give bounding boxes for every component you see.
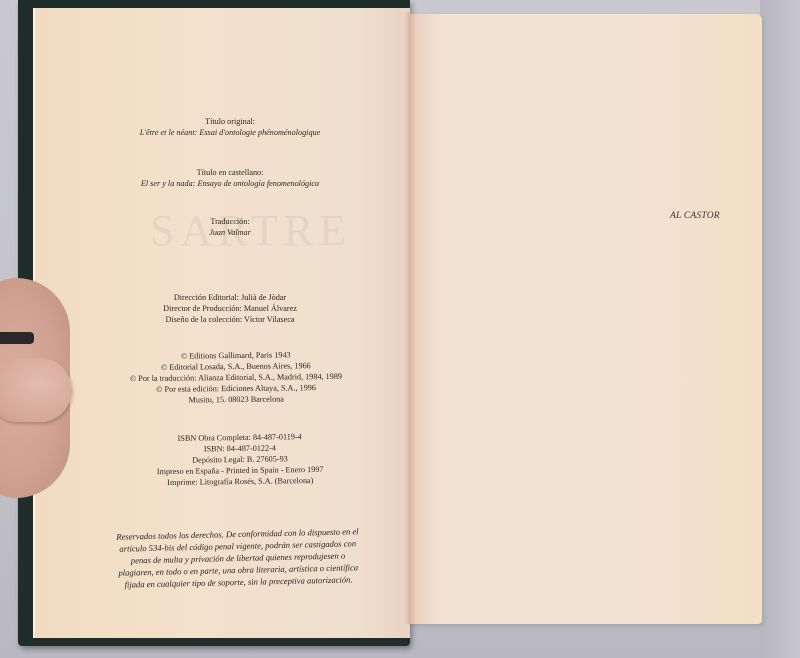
dedication: AL CASTOR xyxy=(670,211,720,221)
publication-block: ISBN Obra Completa: 84-487-0119-4 ISBN: … xyxy=(90,430,391,489)
original-title-block: Título original: L'être et le néant: Ess… xyxy=(80,116,380,138)
ring xyxy=(0,332,34,344)
credit-line: Director de Producción: Manuel Álvarez xyxy=(80,303,380,314)
credit-line: Dirección Editorial: Julià de Jòdar xyxy=(80,292,380,303)
original-title-label: Título original: xyxy=(80,116,380,127)
credit-line: Diseño de la colección: Víctor Vilaseca xyxy=(80,314,380,325)
background-surface xyxy=(760,0,800,658)
original-title-value: L'être et le néant: Essai d'ontologie ph… xyxy=(80,127,380,138)
thumb xyxy=(0,358,72,422)
credits-block: Dirección Editorial: Julià de Jòdar Dire… xyxy=(80,292,380,325)
spanish-title-label: Título en castellano: xyxy=(80,167,380,178)
spanish-title-block: Título en castellano: El ser y la nada: … xyxy=(80,167,380,189)
spanish-title-value: El ser y la nada: Ensayo de ontología fe… xyxy=(80,178,380,189)
translation-block: Traducción: Juan Valmar xyxy=(80,216,380,238)
copyright-block: © Editions Gallimard, Paris 1943 © Edito… xyxy=(86,348,387,406)
legal-notice: Reservados todos los derechos. De confor… xyxy=(67,524,408,592)
translation-label: Traducción: xyxy=(80,216,380,227)
right-page xyxy=(410,14,762,624)
translation-value: Juan Valmar xyxy=(80,227,380,238)
